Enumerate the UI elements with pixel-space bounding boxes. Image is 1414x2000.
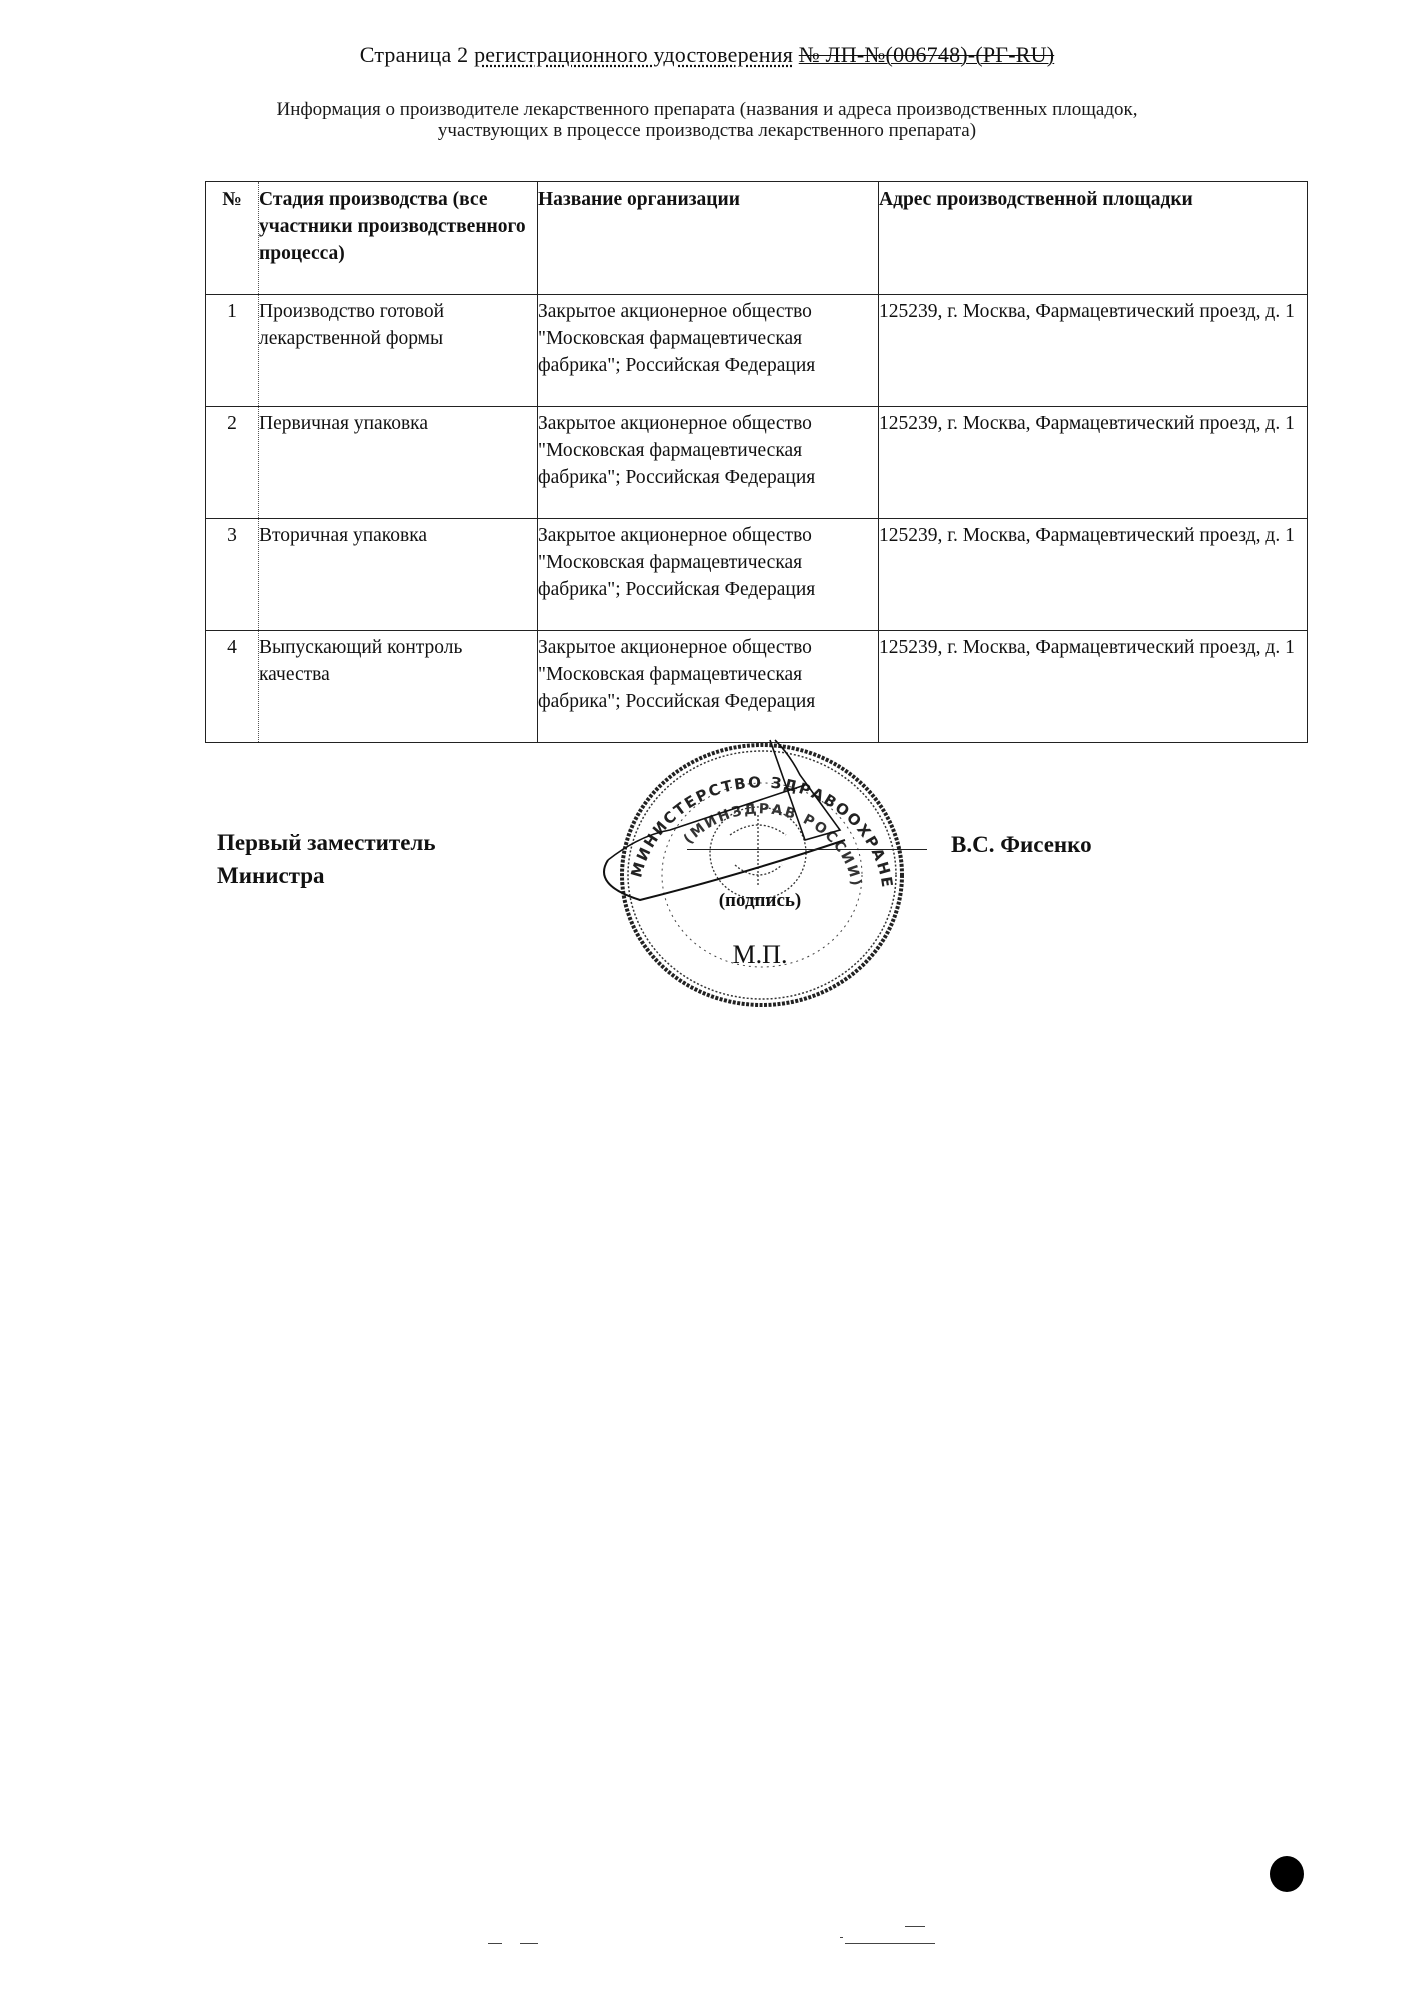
page-title: Страница 2 регистрационного удостоверени… <box>0 42 1414 68</box>
table-row: 4 Выпускающий контроль качества Закрытое… <box>206 631 1308 743</box>
registration-number: № ЛП-№(006748)-(РГ-RU) <box>799 42 1055 67</box>
signature-line <box>687 849 927 850</box>
scan-artifact <box>840 1937 843 1938</box>
subtitle-line-1: Информация о производителе лекарственног… <box>0 99 1414 120</box>
row-number: 1 <box>206 295 259 407</box>
seal-caption: М.П. <box>690 940 830 970</box>
row-organization: Закрытое акционерное общество "Московска… <box>538 631 879 743</box>
row-number: 3 <box>206 519 259 631</box>
table-header-row: № Стадия производства (все участники про… <box>206 182 1308 295</box>
table-row: 1 Производство готовой лекарственной фор… <box>206 295 1308 407</box>
row-number: 4 <box>206 631 259 743</box>
column-header-address: Адрес производственной площадки <box>879 182 1308 295</box>
row-organization: Закрытое акционерное общество "Московска… <box>538 519 879 631</box>
scan-artifact <box>488 1943 502 1944</box>
manufacturer-table: № Стадия производства (все участники про… <box>205 181 1308 743</box>
column-header-organization: Название организации <box>538 182 879 295</box>
column-header-stage: Стадия производства (все участники произ… <box>259 182 538 295</box>
official-stamp-icon: МИНИСТЕРСТВО ЗДРАВООХРАНЕНИЯ РОССИЙСКОЙ … <box>600 735 920 1025</box>
row-stage: Выпускающий контроль качества <box>259 631 538 743</box>
row-organization: Закрытое акционерное общество "Московска… <box>538 407 879 519</box>
signatory-role-line-1: Первый заместитель <box>217 826 436 859</box>
row-organization: Закрытое акционерное общество "Московска… <box>538 295 879 407</box>
table-row: 3 Вторичная упаковка Закрытое акционерно… <box>206 519 1308 631</box>
signature-caption: (подпись) <box>690 890 830 912</box>
signatory-role: Первый заместитель Министра <box>217 826 436 892</box>
row-address: 125239, г. Москва, Фармацевтический прое… <box>879 295 1308 407</box>
scan-artifact <box>845 1943 935 1944</box>
row-address: 125239, г. Москва, Фармацевтический прое… <box>879 519 1308 631</box>
row-stage: Вторичная упаковка <box>259 519 538 631</box>
title-prefix: Страница 2 <box>360 42 469 67</box>
scan-artifact <box>520 1943 538 1944</box>
row-stage: Первичная упаковка <box>259 407 538 519</box>
subtitle-line-2: участвующих в процессе производства лека… <box>0 120 1414 141</box>
ink-blot-icon <box>1270 1856 1304 1892</box>
row-stage: Производство готовой лекарственной формы <box>259 295 538 407</box>
table-row: 2 Первичная упаковка Закрытое акционерно… <box>206 407 1308 519</box>
column-header-number: № <box>206 182 259 295</box>
signatory-name: В.С. Фисенко <box>951 832 1092 858</box>
section-subtitle: Информация о производителе лекарственног… <box>0 99 1414 141</box>
title-middle: регистрационного удостоверения <box>474 42 793 67</box>
scan-artifact <box>905 1926 925 1927</box>
signatory-role-line-2: Министра <box>217 859 436 892</box>
row-number: 2 <box>206 407 259 519</box>
row-address: 125239, г. Москва, Фармацевтический прое… <box>879 631 1308 743</box>
row-address: 125239, г. Москва, Фармацевтический прое… <box>879 407 1308 519</box>
